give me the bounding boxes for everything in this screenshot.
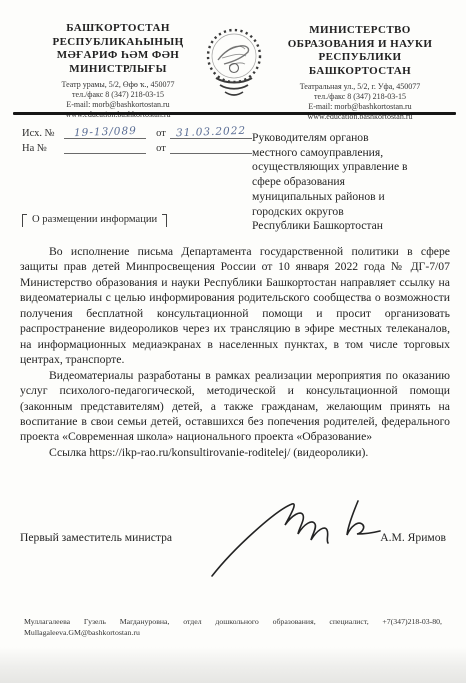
addressee-line: Республики Башкортостан: [252, 219, 457, 234]
letterhead-divider: [13, 112, 456, 115]
org-address-line: Театральная ул., 5/2, г. Уфа, 450077: [262, 82, 458, 92]
handwritten-outgoing-date: 31.03.2022: [176, 125, 247, 139]
org-title-line: ОБРАЗОВАНИЯ И НАУКИ: [262, 38, 458, 52]
addressee-line: сфере образования: [252, 175, 457, 190]
org-email: E-mail: morb@bashkortostan.ru: [12, 100, 224, 110]
org-address-line: Театр урамы, 5/2, Өфө ҡ., 450077: [12, 80, 224, 90]
org-address-line: тел./факс 8 (347) 218-03-15: [262, 92, 458, 102]
addressee-line: осуществляющих управление в: [252, 160, 457, 175]
org-title-line: МӘҒАРИФ ҺӘМ ФӘН: [12, 49, 224, 63]
signer-position: Первый заместитель министра: [20, 531, 172, 544]
letterhead-bashkir: БАШҠОРТОСТАН РЕСПУБЛИКАҺЫНЫҢ МӘҒАРИФ ҺӘМ…: [12, 22, 224, 120]
ot-label: от: [152, 128, 170, 139]
outgoing-number-label: Исх. №: [22, 128, 64, 139]
executor-contact-block: Муллагалеева Гузель Магдануровна, отдел …: [24, 617, 442, 638]
body-paragraph: Во исполнение письма Департамента госуда…: [20, 244, 450, 368]
body-link-line: Ссылка https://ikp-rao.ru/konsultirovani…: [20, 445, 450, 460]
handwritten-outgoing-number: 19-13/089: [73, 125, 136, 139]
ot-label: от: [152, 143, 170, 154]
incoming-date-field: [170, 153, 252, 154]
addressee-block: Руководителям органов местного самоуправ…: [252, 131, 457, 234]
incoming-number-field: [64, 153, 146, 154]
coat-of-arms-emblem-icon: [196, 22, 272, 108]
outgoing-date-field: 31.03.2022: [170, 126, 252, 139]
executor-email: Mullagaleeva.GM@bashkortostan.ru: [24, 628, 442, 639]
reference-block: Исх. № 19-13/089 от 31.03.2022 На № от: [22, 124, 257, 154]
org-email: E-mail: morb@bashkortostan.ru: [262, 102, 458, 112]
org-title-line: БАШКОРТОСТАН: [262, 65, 458, 79]
incoming-number-label: На №: [22, 143, 64, 154]
letter-body: Во исполнение письма Департамента госуда…: [20, 244, 450, 460]
executor-info: Муллагалеева Гузель Магдануровна, отдел …: [24, 617, 442, 628]
addressee-line: местного самоуправления,: [252, 146, 457, 161]
subject-line: О размещении информации: [22, 214, 167, 227]
org-title-line: БАШҠОРТОСТАН: [12, 22, 224, 36]
corner-bracket-right: [162, 214, 167, 227]
addressee-line: Руководителям органов: [252, 131, 457, 146]
scan-shadow-artifact: [0, 647, 466, 683]
org-title-line: РЕСПУБЛИКАҺЫНЫҢ: [12, 36, 224, 50]
signer-name: А.М. Яримов: [380, 531, 448, 544]
org-title-line: МИНИСТРЛЫҒЫ: [12, 63, 224, 77]
org-address-line: тел./факс 8 (347) 218-03-15: [12, 90, 224, 100]
corner-bracket-left: [22, 214, 27, 227]
scanned-letter-page: БАШҠОРТОСТАН РЕСПУБЛИКАҺЫНЫҢ МӘҒАРИФ ҺӘМ…: [0, 0, 466, 683]
org-title-line: МИНИСТЕРСТВО: [262, 24, 458, 38]
outgoing-number-field: 19-13/089: [64, 126, 146, 139]
body-paragraph: Видеоматериалы разработаны в рамках реал…: [20, 368, 450, 445]
signature-row: Первый заместитель министра А.М. Яримов: [20, 531, 448, 544]
addressee-line: городских округов: [252, 205, 457, 220]
letterhead-russian: МИНИСТЕРСТВО ОБРАЗОВАНИЯ И НАУКИ РЕСПУБЛ…: [262, 24, 458, 122]
addressee-line: муниципальных районов и: [252, 190, 457, 205]
subject-text: О размещении информации: [32, 214, 157, 225]
org-title-line: РЕСПУБЛИКИ: [262, 51, 458, 65]
